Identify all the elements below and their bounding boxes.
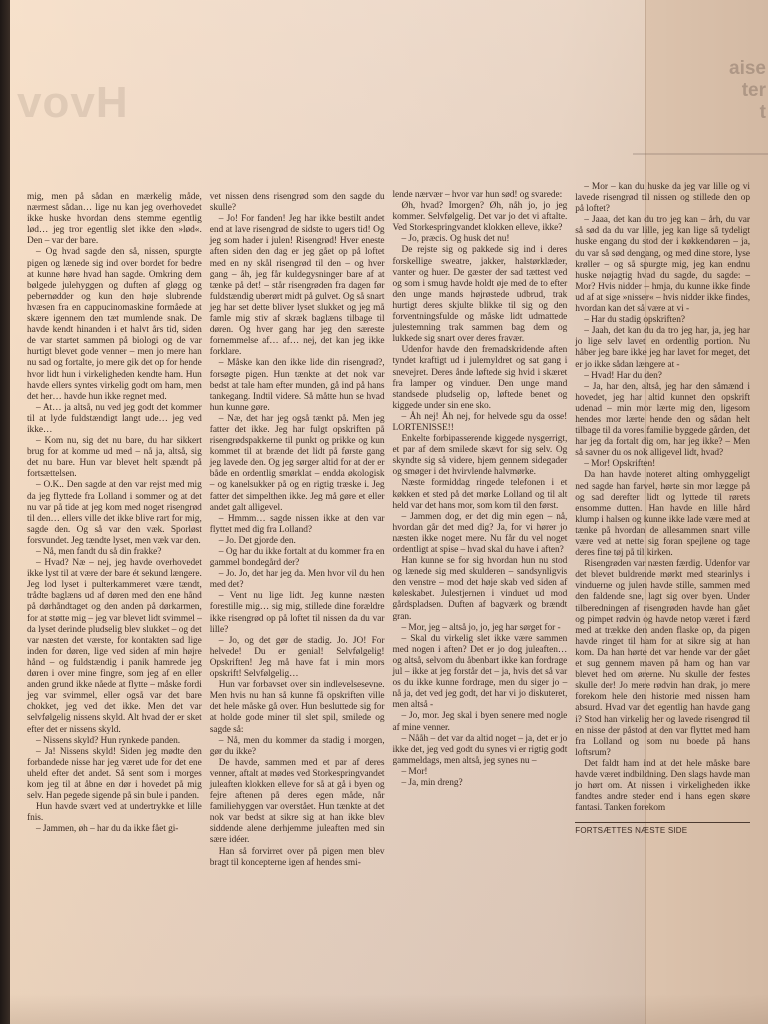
article-paragraph: – Jo, og det gør de stadig. Jo. JO! For … xyxy=(210,636,385,680)
magazine-page: Hvov aise ter t mig, men på sådan en mær… xyxy=(10,0,768,1024)
text-column-3: lende nærvær – hvor var hun sød! og svar… xyxy=(393,190,568,992)
bottom-shadow xyxy=(10,994,768,1024)
article-paragraph: – Mor! xyxy=(393,767,568,778)
article-paragraph: – Hvad! Har du den? xyxy=(575,371,750,382)
adjacent-page-rule xyxy=(633,153,768,155)
article-paragraph: lende nærvær – hvor var hun sød! og svar… xyxy=(393,190,568,201)
article-paragraph: – Vent nu lige lidt. Jeg kunne næsten fo… xyxy=(210,591,385,635)
article-paragraph: Enkelte forbipasserende kiggede nysgerri… xyxy=(393,434,568,478)
article-paragraph: – Kom nu, sig det nu bare, du har sikker… xyxy=(27,436,202,480)
article-paragraph: – Ja! Nissens skyld! Siden jeg mødte den… xyxy=(27,747,202,802)
heading-fragment: ter xyxy=(729,80,766,102)
article-paragraph: – Og hvad sagde den så, nissen, spurgte … xyxy=(27,247,202,402)
article-paragraph: Han kunne se for sig hvordan hun nu stod… xyxy=(393,556,568,623)
article-body: mig, men på sådan en mærkelig måde, nærm… xyxy=(27,192,750,992)
article-paragraph: – Hmmm… sagde nissen ikke at den var fly… xyxy=(210,514,385,536)
article-paragraph: – Jo. Det gjorde den. xyxy=(210,536,385,547)
article-paragraph: – Nååh – det var da altid noget – ja, de… xyxy=(393,734,568,767)
article-paragraph: Da han havde noteret alting omhyggeligt … xyxy=(575,470,750,559)
adjacent-page-heading: aise ter t xyxy=(729,58,766,124)
article-paragraph: – At… ja altså, nu ved jeg godt det komm… xyxy=(27,403,202,436)
article-paragraph: De rejste sig og pakkede sig ind i deres… xyxy=(393,245,568,345)
article-paragraph: – Jo! For fanden! Jeg har ikke bestilt a… xyxy=(210,214,385,358)
article-paragraph: – Næ, det har jeg også tænkt på. Men jeg… xyxy=(210,414,385,514)
article-paragraph: – Måske kan den ikke lide din risengrød?… xyxy=(210,358,385,413)
heading-fragment: aise xyxy=(729,58,766,80)
article-paragraph: – Ja, har den, altså, jeg har den såmænd… xyxy=(575,382,750,460)
article-paragraph: – Mor! Opskriften! xyxy=(575,459,750,470)
article-paragraph: Øh, hvad? Imorgen? Øh, nåh jo, jo jeg ko… xyxy=(393,201,568,234)
heading-fragment: t xyxy=(729,102,766,124)
article-paragraph: Næste formiddag ringede telefonen i et k… xyxy=(393,478,568,511)
article-paragraph: – Og har du ikke fortalt at du kommer fr… xyxy=(210,547,385,569)
article-paragraph: De havde, sammen med et par af deres ven… xyxy=(210,758,385,847)
text-column-1: mig, men på sådan en mærkelig måde, nærm… xyxy=(27,192,202,992)
article-paragraph: – Skal du virkelig slet ikke være sammen… xyxy=(393,634,568,712)
article-paragraph: Hun havde svært ved at undertrykke et li… xyxy=(27,802,202,824)
article-paragraph: – Mor, jeg – altså jo, jo, jeg har sørge… xyxy=(393,623,568,634)
article-paragraph: – Jaaa, det kan du tro jeg kan – årh, du… xyxy=(575,215,750,315)
article-paragraph: – Åh nej! Åh nej, for helvede sgu da oss… xyxy=(393,412,568,434)
article-paragraph: mig, men på sådan en mærkelig måde, nærm… xyxy=(27,192,202,247)
article-paragraph: – Nå, men du kommer da stadig i morgen, … xyxy=(210,736,385,758)
article-paragraph: – Hvad? Næ – nej, jeg havde overhovedet … xyxy=(27,558,202,736)
article-paragraph: Han så forvirret over på pigen men blev … xyxy=(210,847,385,869)
article-paragraph: – Mor – kan du huske da jeg var lille og… xyxy=(575,182,750,215)
article-paragraph: – Nissens skyld? Hun rynkede panden. xyxy=(27,736,202,747)
article-paragraph: – Ja, min dreng? xyxy=(393,778,568,789)
bleed-through-title: Hvov xyxy=(16,78,128,128)
page-left-edge-shadow xyxy=(0,0,10,1024)
article-paragraph: – Jaah, det kan du da tro jeg har, ja, j… xyxy=(575,326,750,370)
article-paragraph: Risengrøden var næsten færdig. Udenfor v… xyxy=(575,559,750,759)
article-paragraph: – Jammen dog, er det dig min egen – nå, … xyxy=(393,512,568,556)
article-paragraph: – Jammen, øh – har du da ikke fået gi- xyxy=(27,824,202,835)
article-paragraph: vet nissen dens risengrød som den sagde … xyxy=(210,192,385,214)
article-paragraph: Udenfor havde den fremadskridende aften … xyxy=(393,345,568,412)
article-paragraph: Hun var forbavset over sin indlevelsesev… xyxy=(210,680,385,735)
article-paragraph: – Jo. Jo, det har jeg da. Men hvor vil d… xyxy=(210,569,385,591)
article-paragraph: – Nå, men fandt du så din frakke? xyxy=(27,547,202,558)
article-paragraph: Det faldt ham ind at det hele måske bare… xyxy=(575,759,750,814)
article-paragraph: – O.K.. Den sagde at den var rejst med m… xyxy=(27,480,202,547)
text-column-4: – Mor – kan du huske da jeg var lille og… xyxy=(575,182,750,992)
continued-next-page-label: FORTSÆTTES NÆSTE SIDE xyxy=(575,822,750,836)
text-column-2: vet nissen dens risengrød som den sagde … xyxy=(210,192,385,992)
article-paragraph: – Har du stadig opskriften? xyxy=(575,315,750,326)
article-paragraph: – Jo, præcis. Og husk det nu! xyxy=(393,234,568,245)
article-paragraph: – Jo, mor. Jeg skal i byen senere med no… xyxy=(393,711,568,733)
